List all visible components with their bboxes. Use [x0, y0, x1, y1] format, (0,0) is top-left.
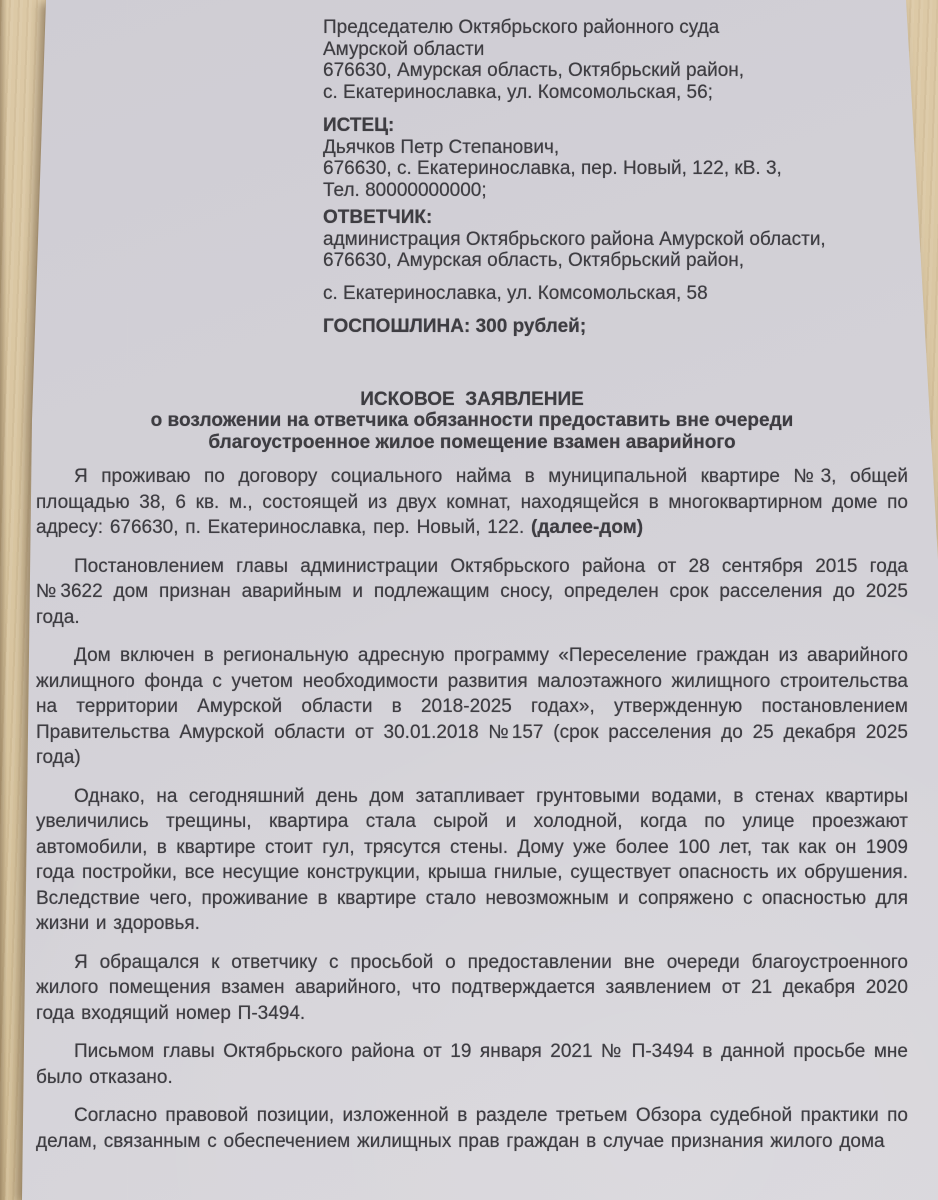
document-subtitle-line: о возложении на ответчика обязанности пр…	[36, 410, 908, 432]
paragraph-house-condition: Однако, на сегодняшний день дом затаплив…	[36, 784, 908, 937]
document-body: Я проживаю по договору социального найма…	[36, 464, 908, 1154]
paragraph-demolition-order: Постановлением главы администрации Октяб…	[36, 554, 908, 631]
paragraph-request-to-defendant: Я обращался к ответчику с просьбой о пре…	[36, 950, 908, 1027]
defendant-label: ОТВЕТЧИК:	[323, 207, 908, 229]
paper-sheet: Председателю Октябрьского районного суда…	[0, 0, 938, 1200]
state-fee-line: ГОСПОШЛИНА: 300 рублей;	[323, 316, 908, 338]
court-address-line: Председателю Октябрьского районного суда	[323, 17, 908, 39]
blank-line	[323, 272, 908, 283]
defendant-line: 676630, Амурская область, Октябрьский ра…	[323, 250, 908, 272]
plaintiff-line: Дьячков Петр Степанович,	[323, 137, 908, 159]
paragraph-regional-program: Дом включен в региональную адресную прог…	[36, 643, 908, 771]
defendant-line: с. Екатеринославка, ул. Комсомольская, 5…	[323, 283, 908, 305]
court-address-line: с. Екатеринославка, ул. Комсомольская, 5…	[323, 82, 908, 104]
court-address-block: Председателю Октябрьского районного суда…	[323, 17, 908, 103]
plaintiff-label: ИСТЕЦ:	[323, 115, 908, 137]
document-subtitle-line: благоустроенное жилое помещение взамен а…	[36, 432, 908, 454]
paper-shadow-wrapper: Председателю Октябрьского районного суда…	[0, 0, 938, 1200]
document-title: ИСКОВОЕ ЗАЯВЛЕНИЕ	[36, 389, 908, 411]
court-address-line: Амурской области	[323, 39, 908, 61]
court-address-line: 676630, Амурская область, Октябрьский ра…	[323, 60, 908, 82]
defendant-line: администрация Октябрьского района Амурск…	[323, 229, 908, 251]
plaintiff-line: Тел. 80000000000;	[323, 180, 908, 202]
defendant-block: ОТВЕТЧИК: администрация Октябрьского рай…	[323, 207, 908, 304]
paragraph-legal-position: Согласно правовой позиции, изложенной в …	[36, 1103, 908, 1154]
document-content: Председателю Октябрьского районного суда…	[0, 0, 938, 1200]
document-title-block: ИСКОВОЕ ЗАЯВЛЕНИЕ о возложении на ответч…	[36, 389, 908, 454]
paragraph-bold-note: (далее-дом)	[531, 517, 643, 538]
plaintiff-line: 676630, с. Екатеринославка, пер. Новый, …	[323, 158, 908, 180]
paragraph-refusal-letter: Письмом главы Октябрьского района от 19 …	[36, 1039, 908, 1090]
plaintiff-block: ИСТЕЦ: Дьячков Петр Степанович, 676630, …	[323, 115, 908, 201]
paragraph-text: Я проживаю по договору социального найма…	[36, 466, 908, 538]
paragraph-residence: Я проживаю по договору социального найма…	[36, 464, 908, 541]
